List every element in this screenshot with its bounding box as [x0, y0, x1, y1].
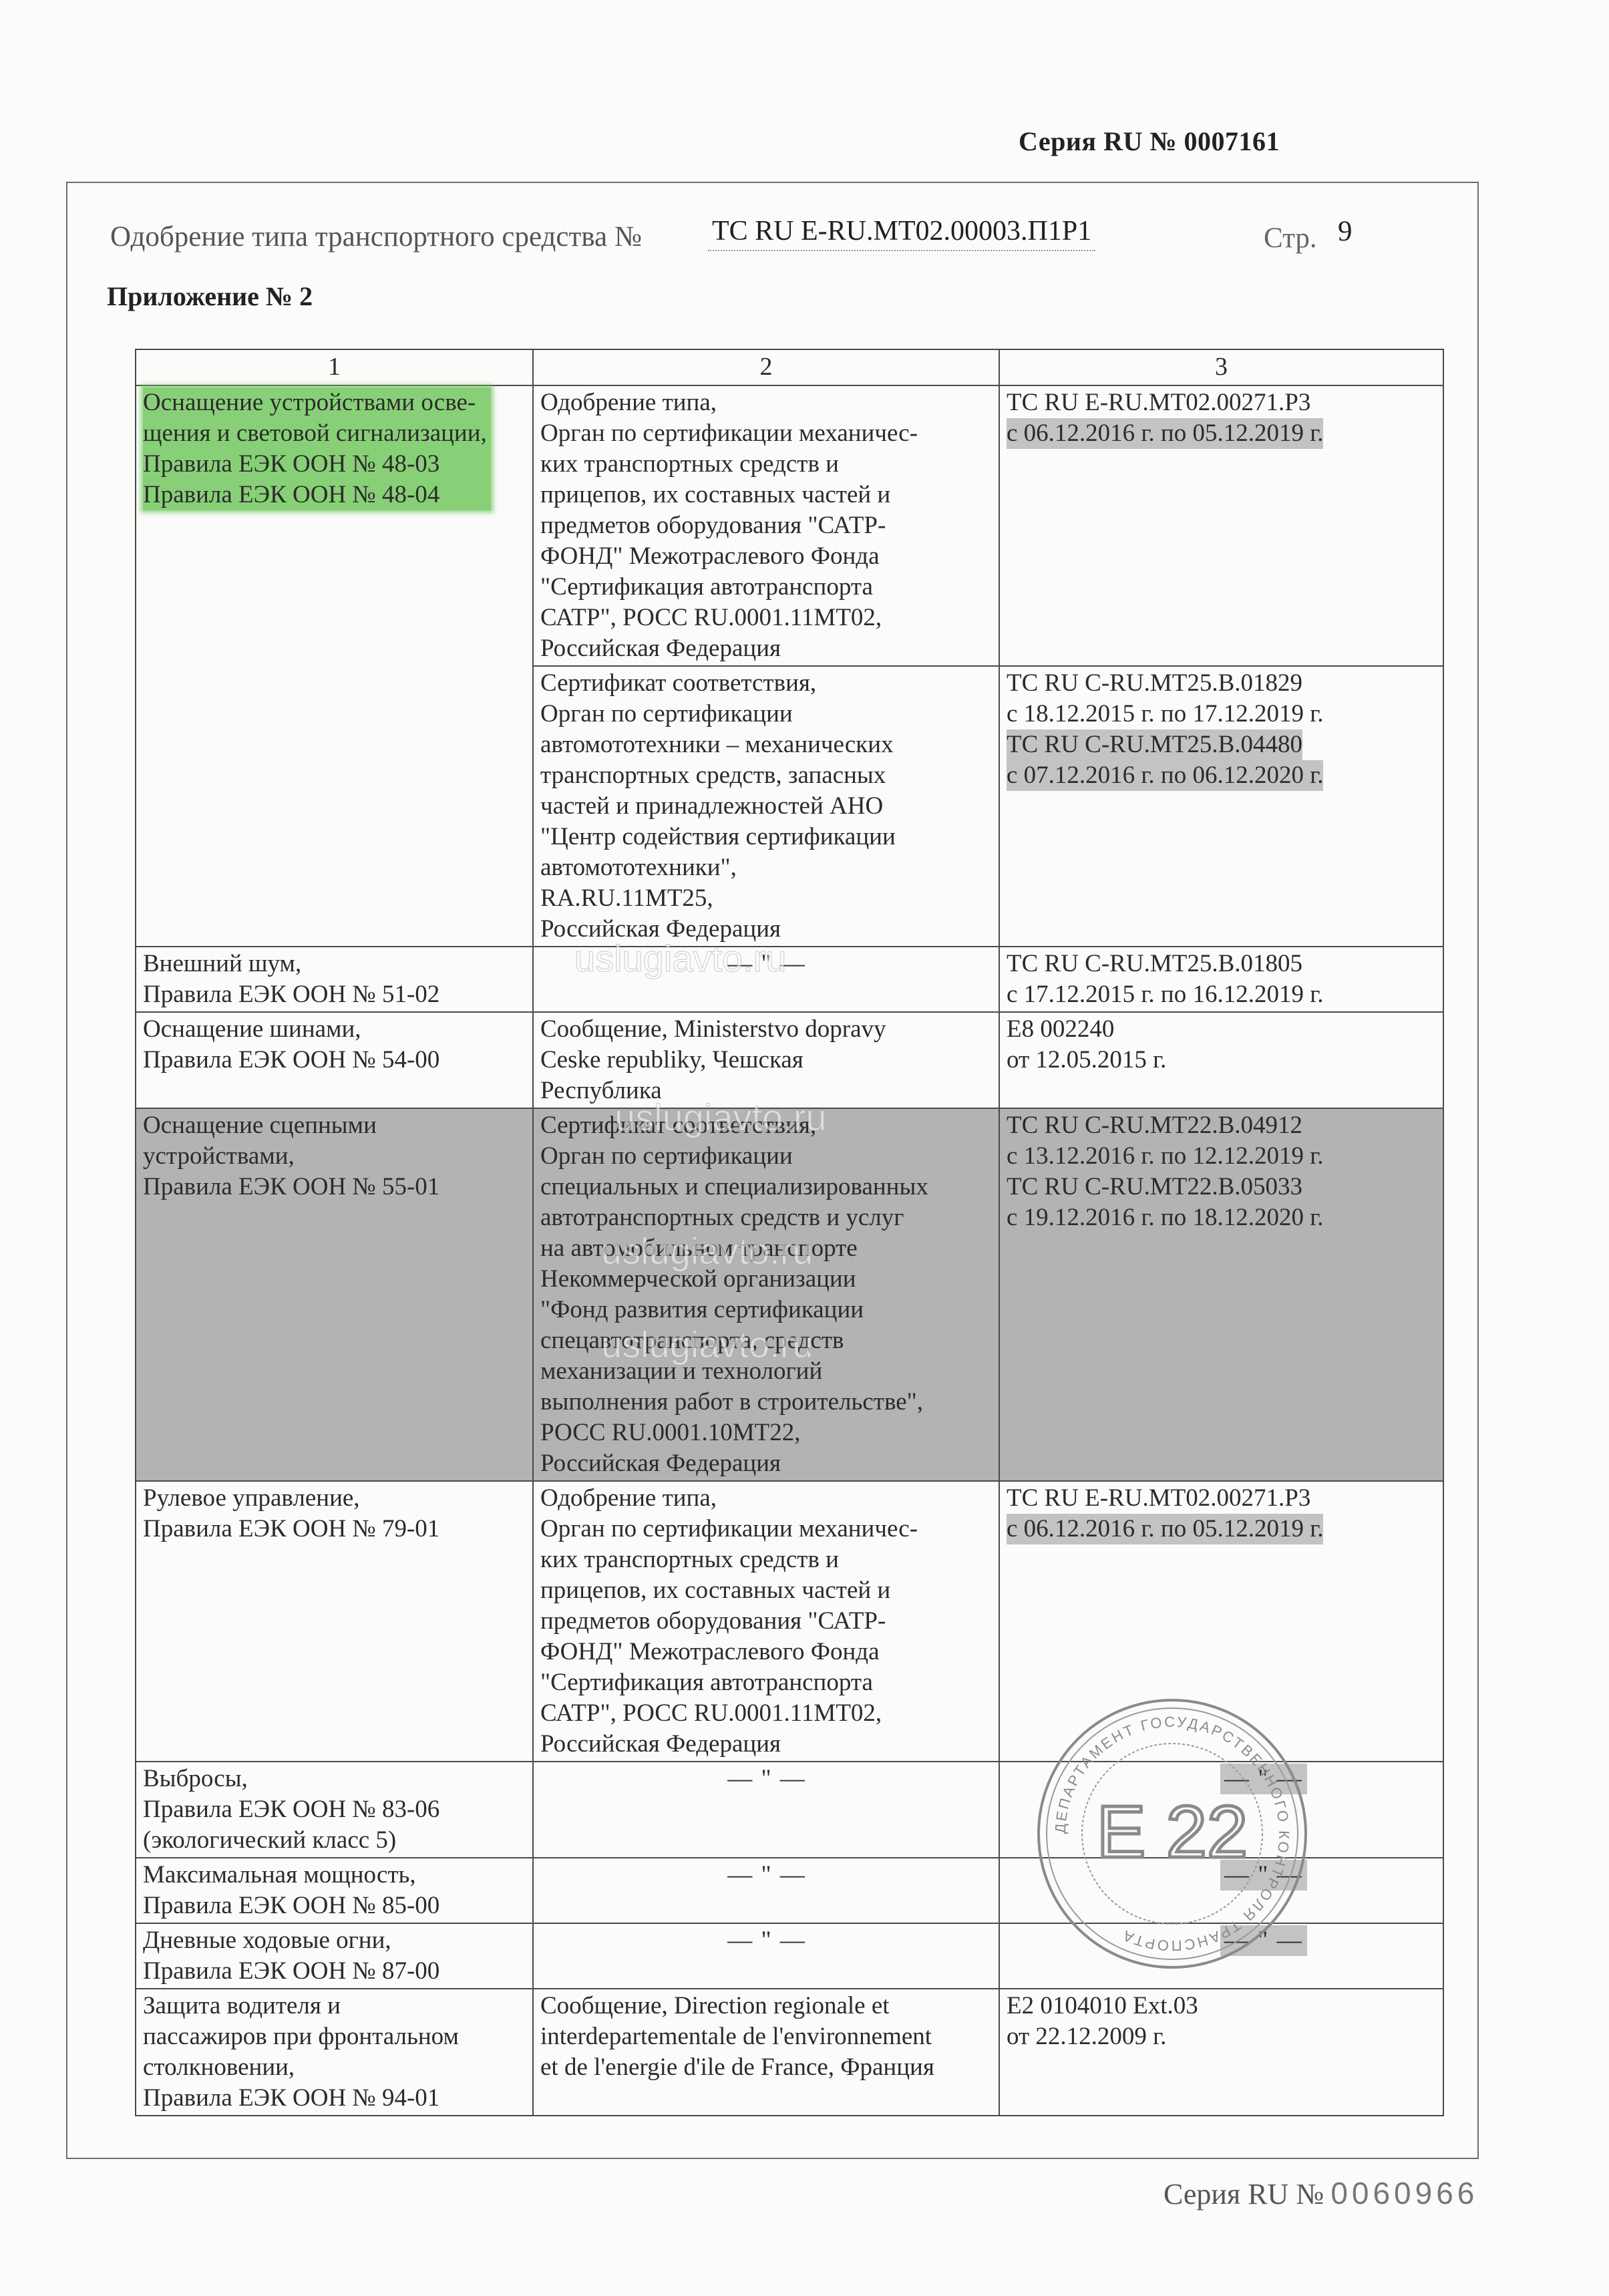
series-label: Серия RU №	[1164, 2178, 1324, 2210]
cell-line: Выбросы,	[143, 1764, 527, 1794]
cell-line: Одобрение типа,	[540, 387, 993, 418]
certificate-validity: с 18.12.2015 г. по 17.12.2019 г.	[1007, 699, 1323, 729]
cell-line: Правила ЕЭК ООН № 51-02	[143, 979, 527, 1010]
certificate-cell: — " —	[999, 1762, 1443, 1858]
column-header-3: 3	[999, 349, 1443, 385]
cell-line: САТР", РОСС RU.0001.11МТ02,	[540, 1698, 993, 1729]
cell-line: Внешний шум,	[143, 949, 527, 979]
cell-line: Сообщение, Ministerstvo dopravy	[540, 1014, 993, 1045]
certificate-cell: E2 0104010 Ext.03от 22.12.2009 г.	[999, 1989, 1443, 2116]
document-cell: Сообщение, Ministerstvo dopravyCeske rep…	[533, 1012, 999, 1108]
cell-line: специальных и специализированных	[540, 1172, 993, 1202]
certificate-number: TC RU C-RU.MT22.B.05033	[1007, 1172, 1302, 1202]
certificate-number: TC RU C-RU.MT25.B.01829	[1007, 668, 1302, 699]
cell-line: (экологический класс 5)	[143, 1825, 527, 1856]
cell-line: Сертификат соответствия,	[540, 668, 993, 699]
cell-line: RA.RU.11MT25,	[540, 883, 993, 914]
approval-label: Одобрение типа транспортного средства №	[110, 220, 642, 253]
page-number: 9	[1338, 215, 1353, 248]
cell-line: механизации и технологий	[540, 1356, 993, 1387]
cell-line: Правила ЕЭК ООН № 85-00	[143, 1891, 527, 1921]
cell-line: "Фонд развития сертификации	[540, 1295, 993, 1325]
cell-line: предметов оборудования "САТР-	[540, 1606, 993, 1637]
cell-line: Правила ЕЭК ООН № 94-01	[143, 2083, 527, 2114]
cell-line: Ceske republiky, Чешская	[540, 1045, 993, 1076]
cell-line: выполнения работ в строительстве",	[540, 1387, 993, 1418]
cell-line: Оснащение шинами,	[143, 1014, 527, 1045]
cell-line: Российская Федерация	[540, 914, 993, 945]
cell-line: автомототехники",	[540, 852, 993, 883]
cell-line: Оснащение сцепными	[143, 1110, 527, 1141]
page-label: Стр.	[1264, 222, 1317, 255]
cell-line: Правила ЕЭК ООН № 48-04	[143, 480, 487, 510]
certificate-number: TC RU C-RU.MT25.B.01805	[1007, 949, 1302, 979]
certificate-cell: — " —	[999, 1858, 1443, 1923]
cell-line: на автомобильном транспорте	[540, 1233, 993, 1264]
cell-line: РОСС RU.0001.10МТ22,	[540, 1418, 993, 1448]
requirement-cell: Оснащение шинами,Правила ЕЭК ООН № 54-00	[136, 1012, 533, 1108]
cell-line: Правила ЕЭК ООН № 79-01	[143, 1514, 527, 1544]
document-cell: — " —	[533, 1858, 999, 1923]
certificate-cell: TC RU C-RU.MT22.B.04912с 13.12.2016 г. п…	[999, 1108, 1443, 1481]
requirement-cell: Рулевое управление,Правила ЕЭК ООН № 79-…	[136, 1481, 533, 1762]
series-number-bottom: Серия RU №0060966	[1164, 2175, 1478, 2211]
table-row: Оснащение шинами,Правила ЕЭК ООН № 54-00…	[136, 1012, 1443, 1108]
cell-line: щения и световой сигнализации,	[143, 418, 487, 449]
cell-line: ФОНД" Межотраслевого Фонда	[540, 541, 993, 572]
cell-line: пассажиров при фронтальном	[143, 2021, 527, 2052]
cell-line: Правила ЕЭК ООН № 48-03	[143, 449, 487, 480]
cell-line: "Центр содействия сертификации	[540, 822, 993, 852]
cell-line: Орган по сертификации механичес-	[540, 418, 993, 449]
requirement-cell: Внешний шум,Правила ЕЭК ООН № 51-02	[136, 947, 533, 1012]
certificate-number: TC RU C-RU.MT25.B.04480	[1007, 729, 1302, 760]
certificate-validity: с 19.12.2016 г. по 18.12.2020 г.	[1007, 1202, 1323, 1233]
certificate-validity: от 22.12.2009 г.	[1007, 2021, 1166, 2052]
certificate-number: TC RU E-RU.MT02.00271.P3	[1007, 1483, 1310, 1514]
document-cell: Сообщение, Direction regionale etinterde…	[533, 1989, 999, 2116]
document-cell: — " —	[533, 947, 999, 1012]
certificate-validity: с 06.12.2016 г. по 05.12.2019 г.	[1007, 418, 1323, 449]
cell-line: Орган по сертификации механичес-	[540, 1514, 993, 1544]
cell-line: Оснащение устройствами осве-	[143, 387, 487, 418]
certificate-cell: TC RU C-RU.MT25.B.01829с 18.12.2015 г. п…	[999, 666, 1443, 947]
document-cell: — " —	[533, 1762, 999, 1858]
certificate-validity: с 17.12.2015 г. по 16.12.2019 г.	[1007, 979, 1323, 1010]
table-row: Оснащение сцепнымиустройствами,Правила Е…	[136, 1108, 1443, 1481]
annex-title: Приложение № 2	[107, 281, 313, 312]
certificate-number: TC RU C-RU.MT22.B.04912	[1007, 1110, 1302, 1141]
requirement-cell: Выбросы,Правила ЕЭК ООН № 83-06(экологич…	[136, 1762, 533, 1858]
cell-line: спецавтотранспорта, средств	[540, 1325, 993, 1356]
document-cell: Сертификат соответствия,Орган по сертифи…	[533, 666, 999, 947]
cell-line: прицепов, их составных частей и	[540, 480, 993, 510]
certificate-validity: с 06.12.2016 г. по 05.12.2019 г.	[1007, 1514, 1323, 1544]
cell-line: — " —	[540, 1764, 993, 1794]
document-cell: Одобрение типа,Орган по сертификации мех…	[533, 385, 999, 666]
table-row: Выбросы,Правила ЕЭК ООН № 83-06(экологич…	[136, 1762, 1443, 1858]
cell-line: автомототехники – механических	[540, 729, 993, 760]
document-cell: Одобрение типа,Орган по сертификации мех…	[533, 1481, 999, 1762]
document-cell: — " —	[533, 1923, 999, 1989]
cell-line: Правила ЕЭК ООН № 87-00	[143, 1956, 527, 1987]
requirement-cell: Дневные ходовые огни,Правила ЕЭК ООН № 8…	[136, 1923, 533, 1989]
cell-line: предметов оборудования "САТР-	[540, 510, 993, 541]
certificate-cell: E8 002240от 12.05.2015 г.	[999, 1012, 1443, 1108]
table-row: Рулевое управление,Правила ЕЭК ООН № 79-…	[136, 1481, 1443, 1762]
cell-line: Максимальная мощность,	[143, 1860, 527, 1891]
series-value: 0060966	[1330, 2176, 1478, 2210]
cell-line: Сообщение, Direction regionale et	[540, 1991, 993, 2021]
cell-line: Сертификат соответствия,	[540, 1110, 993, 1141]
cell-line: ких транспортных средств и	[540, 1544, 993, 1575]
requirement-cell: Оснащение сцепнымиустройствами,Правила Е…	[136, 1108, 533, 1481]
cell-line: Правила ЕЭК ООН № 83-06	[143, 1794, 527, 1825]
requirement-cell: Максимальная мощность,Правила ЕЭК ООН № …	[136, 1858, 533, 1923]
cell-line: частей и принадлежностей АНО	[540, 791, 993, 822]
cell-line: Орган по сертификации	[540, 699, 993, 729]
ditto-mark: — " —	[1220, 1925, 1307, 1956]
cell-line: автотранспортных средств и услуг	[540, 1202, 993, 1233]
certificate-cell: — " —	[999, 1923, 1443, 1989]
cell-line: Правила ЕЭК ООН № 55-01	[143, 1172, 527, 1202]
document-cell: Сертификат соответствия,Орган по сертифи…	[533, 1108, 999, 1481]
certificate-validity: с 13.12.2016 г. по 12.12.2019 г.	[1007, 1141, 1323, 1172]
ditto-mark: — " —	[1220, 1860, 1307, 1891]
cell-line: ких транспортных средств и	[540, 449, 993, 480]
cell-line: ФОНД" Межотраслевого Фонда	[540, 1637, 993, 1667]
certificate-cell: TC RU E-RU.MT02.00271.P3с 06.12.2016 г. …	[999, 385, 1443, 666]
cell-line: Российская Федерация	[540, 633, 993, 664]
ditto-mark: — " —	[1220, 1764, 1307, 1794]
cell-line: столкновении,	[143, 2052, 527, 2083]
cell-line: Одобрение типа,	[540, 1483, 993, 1514]
table-header-row: 1 2 3	[136, 349, 1443, 385]
table-row: Защита водителя ипассажиров при фронталь…	[136, 1989, 1443, 2116]
cell-line: Защита водителя и	[143, 1991, 527, 2021]
cell-line: Орган по сертификации	[540, 1141, 993, 1172]
table-row: Внешний шум,Правила ЕЭК ООН № 51-02— " —…	[136, 947, 1443, 1012]
series-number-top: Серия RU № 0007161	[1019, 126, 1280, 157]
cell-line: — " —	[540, 1860, 993, 1891]
certificate-validity: с 07.12.2016 г. по 06.12.2020 г.	[1007, 760, 1323, 791]
certificate-validity: от 12.05.2015 г.	[1007, 1045, 1166, 1076]
cell-line: Российская Федерация	[540, 1448, 993, 1479]
column-header-2: 2	[533, 349, 999, 385]
table-row: Оснащение устройствами осве-щения и свет…	[136, 385, 1443, 666]
requirement-cell: Оснащение устройствами осве-щения и свет…	[136, 385, 533, 947]
requirement-cell: Защита водителя ипассажиров при фронталь…	[136, 1989, 533, 2116]
cell-line: прицепов, их составных частей и	[540, 1575, 993, 1606]
cell-line: Дневные ходовые огни,	[143, 1925, 527, 1956]
certificate-number: E8 002240	[1007, 1014, 1114, 1045]
cell-line: — " —	[540, 1925, 993, 1956]
cell-line: транспортных средств, запасных	[540, 760, 993, 791]
certificate-cell: TC RU C-RU.MT25.B.01805с 17.12.2015 г. п…	[999, 947, 1443, 1012]
cell-line: Российская Федерация	[540, 1729, 993, 1760]
cell-line: Республика	[540, 1076, 993, 1106]
certification-table: 1 2 3 Оснащение устройствами осве-щения …	[135, 349, 1444, 2116]
certificate-number: E2 0104010 Ext.03	[1007, 1991, 1198, 2021]
cell-line: САТР", РОСС RU.0001.11МТ02,	[540, 603, 993, 633]
cell-line: interdepartementale de l'environnement	[540, 2021, 993, 2052]
document-header: Одобрение типа транспортного средства № …	[110, 220, 1379, 261]
cell-line: Некоммерческой организации	[540, 1264, 993, 1295]
certificate-cell: TC RU E-RU.MT02.00271.P3с 06.12.2016 г. …	[999, 1481, 1443, 1762]
cell-line: Рулевое управление,	[143, 1483, 527, 1514]
cell-line: "Сертификация автотранспорта	[540, 572, 993, 603]
certificate-number: TC RU E-RU.MT02.00271.P3	[1007, 387, 1310, 418]
cell-line: et de l'energie d'ile de France, Франция	[540, 2052, 993, 2083]
table-row: Максимальная мощность,Правила ЕЭК ООН № …	[136, 1858, 1443, 1923]
cell-line: "Сертификация автотранспорта	[540, 1667, 993, 1698]
table-row: Дневные ходовые огни,Правила ЕЭК ООН № 8…	[136, 1923, 1443, 1989]
cell-line: — " —	[540, 949, 993, 979]
cell-line: устройствами,	[143, 1141, 527, 1172]
column-header-1: 1	[136, 349, 533, 385]
approval-number: ТС RU E-RU.MT02.00003.П1Р1	[708, 215, 1095, 251]
cell-line: Правила ЕЭК ООН № 54-00	[143, 1045, 527, 1076]
